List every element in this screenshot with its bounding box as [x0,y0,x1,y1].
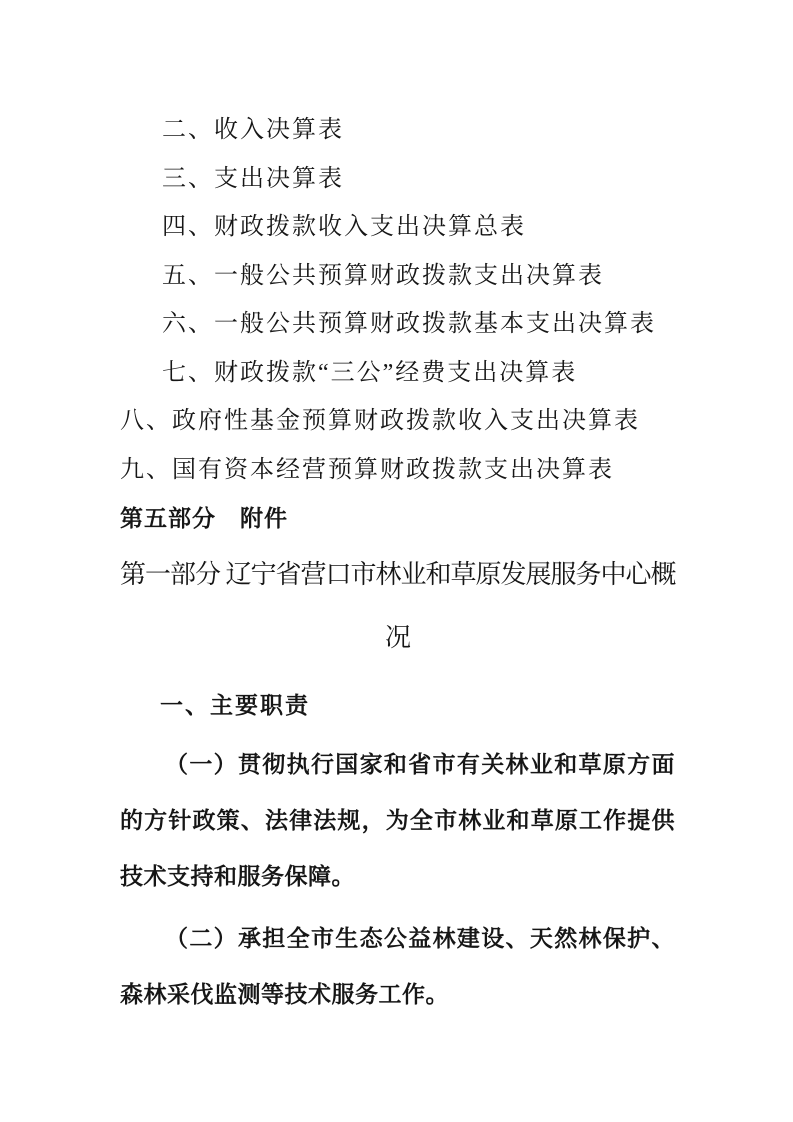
body-paragraph: （二）承担全市生态公益林建设、天然林保护、森林采伐监测等技术服务工作。 [120,910,675,1022]
toc-item: 八、政府性基金预算财政拨款收入支出决算表 [120,397,675,446]
toc-item: 四、财政拨款收入支出决算总表 [120,203,675,252]
part1-title-line2: 况 [120,606,675,669]
toc-item: 二、收入决算表 [120,106,675,155]
toc-list: 二、收入决算表三、支出决算表四、财政拨款收入支出决算总表五、一般公共预算财政拨款… [120,106,675,494]
document-page: 二、收入决算表三、支出决算表四、财政拨款收入支出决算总表五、一般公共预算财政拨款… [0,0,793,1122]
toc-item: 七、财政拨款“三公”经费支出决算表 [120,349,675,398]
toc-item: 九、国有资本经营预算财政拨款支出决算表 [120,446,675,495]
part1-title: 第一部分 辽宁省营口市林业和草原发展服务中心概 况 [120,543,675,669]
part5-heading: 第五部分 附件 [120,494,675,543]
toc-item: 六、一般公共预算财政拨款基本支出决算表 [120,300,675,349]
body-paragraph: （一）贯彻执行国家和省市有关林业和草原方面的方针政策、法律法规，为全市林业和草原… [120,736,675,904]
toc-item: 五、一般公共预算财政拨款支出决算表 [120,252,675,301]
section-heading-main-duties: 一、主要职责 [120,681,675,730]
toc-item: 三、支出决算表 [120,155,675,204]
duties-paragraphs: （一）贯彻执行国家和省市有关林业和草原方面的方针政策、法律法规，为全市林业和草原… [120,736,675,1022]
page-content: 二、收入决算表三、支出决算表四、财政拨款收入支出决算总表五、一般公共预算财政拨款… [120,106,675,1022]
part1-title-line1: 第一部分 辽宁省营口市林业和草原发展服务中心概 [120,543,675,606]
